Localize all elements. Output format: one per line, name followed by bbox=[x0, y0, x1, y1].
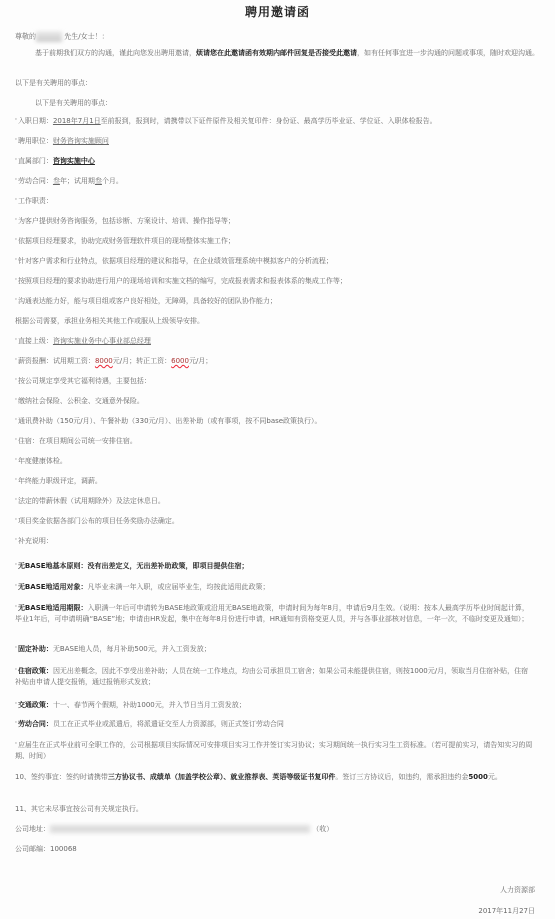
benefit-item: '法定的带薪休假（试用期除外）及法定休息日。 bbox=[15, 497, 165, 506]
clause-11: 11、其它未尽事宜按公司有关规定执行。 bbox=[15, 805, 143, 814]
policy-label: 无BASE地适用对象： bbox=[18, 583, 88, 591]
redacted-name bbox=[36, 32, 62, 41]
policy-label: 无BASE地适用期限： bbox=[18, 604, 88, 612]
policy-item: '无BASE地适用期限：入职满一年后可申请转为BASE地政策或沿用无BASE地政… bbox=[15, 603, 535, 625]
postcode-label: 公司邮编： bbox=[15, 845, 50, 853]
policy-label: 固定补助： bbox=[18, 645, 53, 653]
benefit-text: 通讯费补助（150元/月）、午餐补助（330元/月）、出差补助（或有事项，按不同… bbox=[18, 417, 322, 425]
intro-bold-text: 烦请您在此邀请函有效期内邮件回复是否接受此邀请 bbox=[196, 49, 357, 57]
salutation-suffix: 先生/女士！： bbox=[64, 33, 108, 41]
duty-item: '为客户提供财务咨询服务，包括诊断、方案设计、培训、操作指导等； bbox=[15, 217, 235, 226]
benefit-item: '年度健康体检。 bbox=[15, 457, 67, 466]
policy-label: 住宿政策： bbox=[18, 667, 53, 675]
regular-salary-amount: 6000 bbox=[171, 357, 189, 365]
policy-item: '交通政策：十一、春节两个假期，补助1000元，并入节日当月工资发放； bbox=[15, 701, 246, 710]
duty-text: 按照项目经理的要求协助进行用户的现场培训和实施文档的编写，完成报表需求和报表体系… bbox=[18, 277, 347, 285]
redacted-address bbox=[50, 825, 310, 833]
supplement-label-text: 补充说明： bbox=[18, 537, 53, 545]
policy-text: 凡毕业未满一年入职，或应届毕业生，均按此适用此政策； bbox=[88, 583, 270, 591]
section-heading-2: 以下是有关聘用的事点： bbox=[15, 99, 112, 108]
entry-date-value: 2018年7月1日 bbox=[53, 117, 101, 125]
department-item: '直属部门：咨询实施中心 bbox=[15, 157, 95, 166]
salary-unit: 元/月； bbox=[113, 357, 136, 365]
regular-salary-label: 转正工资： bbox=[136, 357, 171, 365]
clause10-amount: 5000 bbox=[468, 773, 487, 781]
contract-item: '劳动合同：叁年；试用期叁个月。 bbox=[15, 177, 123, 186]
position-label: 聘用职位： bbox=[18, 137, 53, 145]
address-suffix: （收） bbox=[312, 825, 333, 833]
duty-item: 根据公司需要，承担业务相关其他工作或服从上级领导安排。 bbox=[15, 317, 204, 326]
contract-months: 叁 bbox=[95, 177, 102, 185]
benefit-text: 按公司规定享受其它福利待遇，主要包括： bbox=[18, 377, 151, 385]
supplement-label: '补充说明： bbox=[15, 537, 53, 546]
position-value: 财务咨询实施顾问 bbox=[53, 137, 109, 145]
superior-value: 咨询实施业务中心事业部总经理 bbox=[53, 337, 151, 345]
contract-years: 叁 bbox=[53, 177, 60, 185]
entry-date-label: 入职日期： bbox=[18, 117, 53, 125]
salary-unit: 元/月； bbox=[189, 357, 212, 365]
clause10-prefix: 10、签约事宜：签约时请携带 bbox=[15, 773, 108, 781]
policy-text: 十一、春节两个假期，补助1000元，并入节日当月工资发放； bbox=[53, 701, 246, 709]
duty-text: 针对客户需求和行业特点，依据项目经理的建议和指导，在企业绩效管理系统中模拟客户的… bbox=[18, 257, 333, 265]
duty-text: 为客户提供财务咨询服务，包括诊断、方案设计、培训、操作指导等； bbox=[18, 217, 235, 225]
benefit-text: 项目奖金依据各部门公布的项目任务奖励办法确定。 bbox=[18, 517, 179, 525]
intro-text-2: ，如有任何事宜进一步沟通的问题或事项，随时欢迎沟通。 bbox=[357, 49, 539, 57]
superior-label: 直接上级： bbox=[18, 337, 53, 345]
policy-item: '劳动合同：员工在正式毕业或派遣后，将派遣证交至人力资源部，则正式签订劳动合同 bbox=[15, 720, 284, 729]
policy-item: '应届生在正式毕业前可全职工作的，公司根据项目实际情况可安排项目实习工作并签订实… bbox=[15, 740, 535, 762]
intro-paragraph: 基于前期我们双方的沟通，谨此向您发出聘用邀请，烦请您在此邀请函有效期内邮件回复是… bbox=[15, 48, 555, 59]
benefit-text: 年终能力职级评定，调薪。 bbox=[18, 477, 102, 485]
department-label: 直属部门： bbox=[18, 157, 53, 165]
clause-10: 10、签约事宜：签约时请携带三方协议书、成绩单（加盖学校公章）、就业推荐表、英语… bbox=[15, 772, 535, 783]
clause10-end: 元。 bbox=[488, 773, 502, 781]
policy-text: 无BASE地人员，每月补助500元，并入工资发放； bbox=[53, 645, 211, 653]
benefit-text: 法定的带薪休假（试用期除外）及法定休息日。 bbox=[18, 497, 165, 505]
policy-text: 员工在正式毕业或派遣后，将派遣证交至人力资源部，则正式签订劳动合同 bbox=[53, 720, 284, 728]
contract-end: 个月。 bbox=[102, 177, 123, 185]
duty-item: '依据项目经理要求，协助完成财务管理软件项目的现场整体实施工作； bbox=[15, 237, 235, 246]
benefit-text: 年度健康体检。 bbox=[18, 457, 67, 465]
duty-text: 依据项目经理要求，协助完成财务管理软件项目的现场整体实施工作； bbox=[18, 237, 235, 245]
benefit-item: '年终能力职级评定，调薪。 bbox=[15, 477, 102, 486]
benefit-item: '按公司规定享受其它福利待遇，主要包括： bbox=[15, 377, 151, 386]
policy-text: 因无出差概念，因此不享受出差补助；人员在统一工作地点，均由公司承担员工宿舍；如果… bbox=[15, 667, 528, 686]
policy-text: 没有出差定义，无出差补助政策，即项目提供住宿； bbox=[88, 562, 249, 570]
benefit-item: '通讯费补助（150元/月）、午餐补助（330元/月）、出差补助（或有事项，按不… bbox=[15, 417, 322, 426]
duties-label-text: 工作职责： bbox=[18, 197, 53, 205]
policy-item: '无BASE地基本原则：没有出差定义，无出差补助政策，即项目提供住宿； bbox=[15, 562, 249, 571]
policy-label: 交通政策： bbox=[18, 701, 53, 709]
benefit-text: 住宿：在项目期间公司统一安排住宿。 bbox=[18, 437, 137, 445]
postcode-value: 100068 bbox=[50, 845, 77, 853]
duty-text: 沟通表达能力好，能与项目组或客户良好相处，无障碍，具备较好的团队协作能力； bbox=[18, 297, 277, 305]
superior-item: '直接上级：咨询实施业务中心事业部总经理 bbox=[15, 337, 151, 346]
entry-date-item: '入职日期：2018年7月1日至前报到，报到时，请携带以下证件原件及相关复印件：… bbox=[15, 117, 437, 126]
duty-item: '沟通表达能力好，能与项目组或客户良好相处，无障碍，具备较好的团队协作能力； bbox=[15, 297, 277, 306]
policy-text: 应届生在正式毕业前可全职工作的，公司根据项目实际情况可安排项目实习工作并签订实习… bbox=[15, 741, 532, 760]
contract-label: 劳动合同： bbox=[18, 177, 53, 185]
policy-item: '无BASE地适用对象：凡毕业未满一年入职，或应届毕业生，均按此适用此政策； bbox=[15, 583, 270, 592]
benefit-text: 缴纳社会保险、公积金、交通意外保险。 bbox=[18, 397, 144, 405]
intro-text-1: 基于前期我们双方的沟通，谨此向您发出聘用邀请， bbox=[35, 49, 196, 57]
benefit-item: '缴纳社会保险、公积金、交通意外保险。 bbox=[15, 397, 144, 406]
section-heading-1: 以下是有关聘用的事点： bbox=[15, 79, 92, 88]
position-item: '聘用职位：财务咨询实施顾问 bbox=[15, 137, 109, 146]
department-value: 咨询实施中心 bbox=[53, 157, 95, 165]
address-label: 公司地址： bbox=[15, 825, 50, 833]
duty-text: 根据公司需要，承担业务相关其他工作或服从上级领导安排。 bbox=[15, 317, 204, 325]
signature-dept: 人力资源部 bbox=[500, 885, 535, 895]
duties-label: '工作职责： bbox=[15, 197, 53, 206]
policy-item: '住宿政策：因无出差概念，因此不享受出差补助；人员在统一工作地点，均由公司承担员… bbox=[15, 666, 535, 688]
offer-letter-page: 聘用邀请函 尊敬的 先生/女士！： 基于前期我们双方的沟通，谨此向您发出聘用邀请… bbox=[0, 0, 555, 919]
duty-item: '针对客户需求和行业特点，依据项目经理的建议和指导，在企业绩效管理系统中模拟客户… bbox=[15, 257, 333, 266]
salutation-prefix: 尊敬的 bbox=[15, 33, 36, 41]
clause10-mid: 。签订三方协议后，如违约，需承担违约金 bbox=[335, 773, 468, 781]
signature-date: 2017年11月27日 bbox=[478, 906, 535, 916]
clause10-documents: 三方协议书、成绩单（加盖学校公章）、就业推荐表、英语等级证书复印件 bbox=[108, 773, 336, 781]
company-postcode: 公司邮编：100068 bbox=[15, 845, 77, 854]
document-title: 聘用邀请函 bbox=[0, 3, 555, 20]
salary-label: 薪资报酬： bbox=[18, 357, 53, 365]
company-address: 公司地址： （收） bbox=[15, 825, 333, 834]
trial-salary-amount: 8000 bbox=[95, 357, 113, 365]
policy-text: 入职满一年后可申请转为BASE地政策或沿用无BASE地政策，申请时间为每年8月，… bbox=[15, 604, 529, 623]
policy-label: 劳动合同： bbox=[18, 720, 53, 728]
benefit-item: '住宿：在项目期间公司统一安排住宿。 bbox=[15, 437, 137, 446]
duty-item: '按照项目经理的要求协助进行用户的现场培训和实施文档的编写，完成报表需求和报表体… bbox=[15, 277, 347, 286]
salary-item: '薪资报酬：试用期工资：8000元/月；转正工资：6000元/月； bbox=[15, 357, 212, 366]
policy-item: '固定补助：无BASE地人员，每月补助500元，并入工资发放； bbox=[15, 645, 211, 654]
trial-salary-label: 试用期工资： bbox=[53, 357, 95, 365]
contract-mid: 年；试用期 bbox=[60, 177, 95, 185]
entry-date-rest: 至前报到，报到时，请携带以下证件原件及相关复印件：身份证、最高学历毕业证、学位证… bbox=[101, 117, 437, 125]
benefit-item: '项目奖金依据各部门公布的项目任务奖励办法确定。 bbox=[15, 517, 179, 526]
policy-label: 无BASE地基本原则： bbox=[18, 562, 88, 570]
salutation: 尊敬的 先生/女士！： bbox=[15, 32, 109, 42]
